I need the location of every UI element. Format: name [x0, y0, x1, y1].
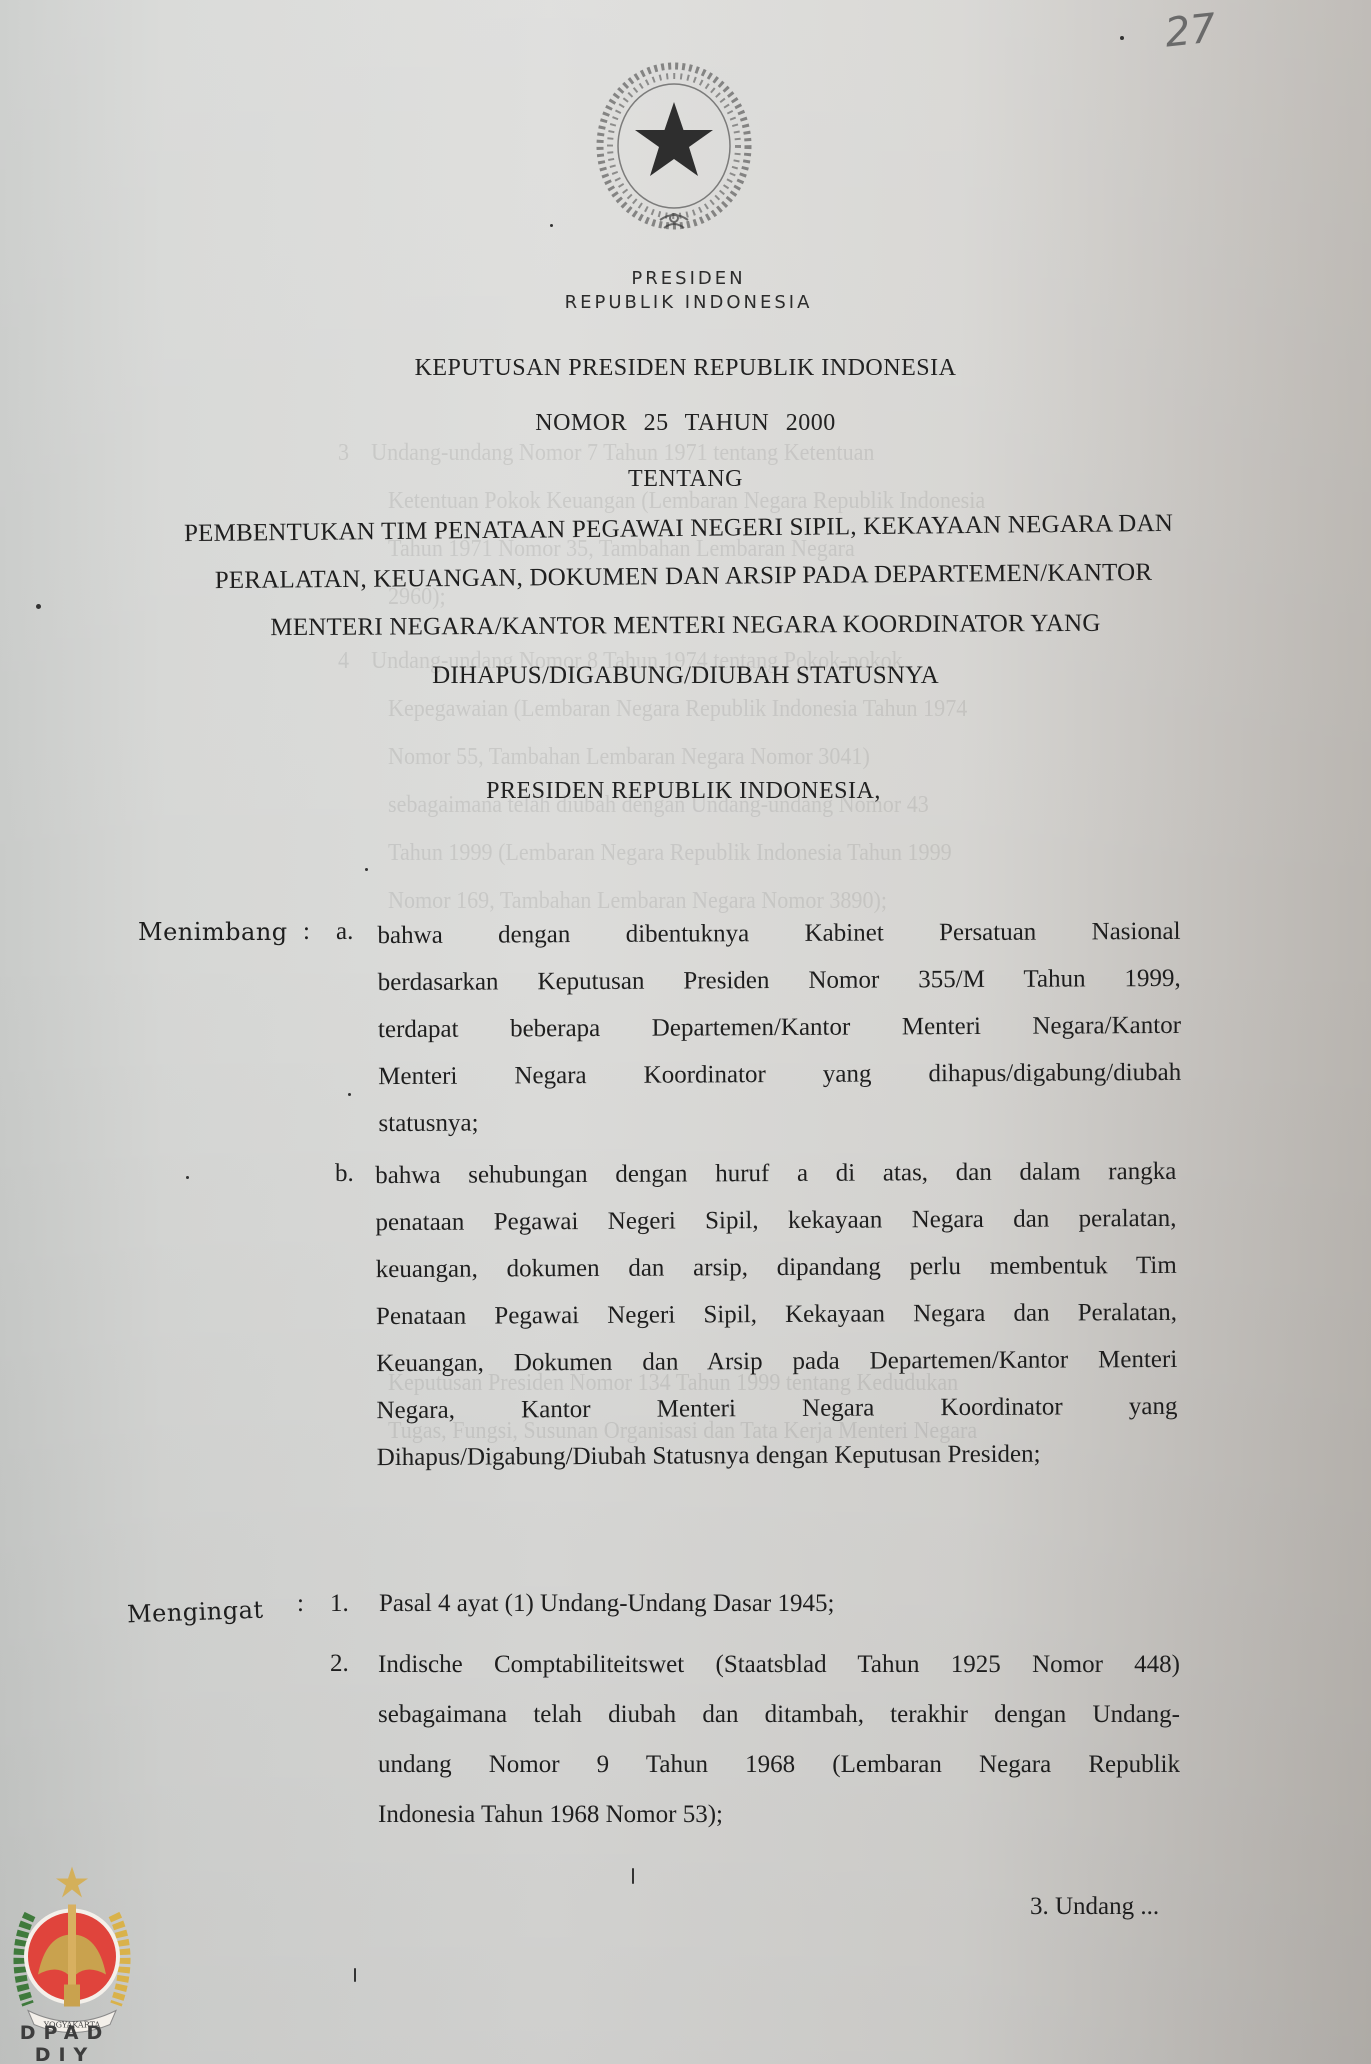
- menimbang-label: Menimbang: [138, 918, 288, 946]
- decree-number: NOMOR 25 TAHUN 2000: [0, 410, 1371, 437]
- issuer-line: PRESIDEN REPUBLIK INDONESIA,: [0, 778, 1371, 805]
- menimbang-item-b: bahwa sehubungan dengan huruf a di atas,…: [375, 1148, 1178, 1481]
- text-line: berdasarkan Keputusan Presiden Nomor 355…: [378, 955, 1181, 1006]
- mengingat-colon: :: [297, 1590, 304, 1618]
- catchword: 3. Undang ...: [1030, 1893, 1159, 1921]
- presidential-emblem-icon: [590, 60, 758, 238]
- subject-line-4: DIHAPUS/DIGABUNG/DIUBAH STATUSNYA: [0, 662, 1371, 690]
- item-marker: b.: [335, 1160, 354, 1188]
- text-line: Negara, Kantor Menteri Negara Koordinato…: [376, 1383, 1177, 1434]
- watermark-line1: DPAD: [10, 2022, 120, 2044]
- text-line: Indische Comptabiliteitswet (Staatsblad …: [378, 1640, 1180, 1690]
- mengingat-item-1: Pasal 4 ayat (1) Undang-Undang Dasar 194…: [379, 1590, 834, 1618]
- text-line: Menteri Negara Koordinator yang dihapus/…: [378, 1049, 1181, 1100]
- text-line: Dihapus/Digabung/Diubah Statusnya dengan…: [377, 1430, 1178, 1481]
- letterhead-line1: PRESIDEN: [6, 268, 1371, 289]
- watermark-line2: DIY: [10, 2044, 120, 2064]
- text-line: Keuangan, Dokumen dan Arsip pada Departe…: [376, 1336, 1177, 1387]
- decree-title: KEPUTUSAN PRESIDEN REPUBLIK INDONESIA: [0, 355, 1371, 382]
- item-marker: 2.: [330, 1650, 349, 1678]
- text-line: statusnya;: [378, 1096, 1181, 1147]
- item-marker: a.: [336, 918, 353, 946]
- text-line: undang Nomor 9 Tahun 1968 (Lembaran Nega…: [378, 1740, 1180, 1790]
- text-line: Indonesia Tahun 1968 Nomor 53);: [378, 1790, 1180, 1840]
- text-line: bahwa dengan dibentuknya Kabinet Persatu…: [377, 908, 1180, 959]
- subject-line-3: MENTERI NEGARA/KANTOR MENTERI NEGARA KOO…: [0, 608, 1371, 643]
- letterhead-line2: REPUBLIK INDONESIA: [6, 292, 1371, 313]
- text-line: Penataan Pegawai Negeri Sipil, Kekayaan …: [376, 1289, 1177, 1340]
- handwritten-page-number: 27: [1163, 5, 1218, 56]
- mengingat-item-2: Indische Comptabiliteitswet (Staatsblad …: [378, 1640, 1180, 1840]
- text-line: bahwa sehubungan dengan huruf a di atas,…: [375, 1148, 1176, 1199]
- mengingat-label: Mengingat: [127, 1596, 264, 1629]
- item-marker: 1.: [330, 1590, 349, 1618]
- text-line: penataan Pegawai Negeri Sipil, kekayaan …: [375, 1195, 1176, 1246]
- subject-line-2: PERALATAN, KEUANGAN, DOKUMEN DAN ARSIP P…: [0, 557, 1371, 597]
- text-line: terdapat beberapa Departemen/Kantor Ment…: [378, 1002, 1181, 1053]
- menimbang-colon: :: [303, 918, 310, 946]
- text-line: sebagaimana telah diubah dan ditambah, t…: [378, 1690, 1180, 1740]
- decree-about: TENTANG: [0, 466, 1371, 493]
- text-line: keuangan, dokumen dan arsip, dipandang p…: [376, 1242, 1177, 1293]
- menimbang-item-a: bahwa dengan dibentuknya Kabinet Persatu…: [377, 908, 1181, 1147]
